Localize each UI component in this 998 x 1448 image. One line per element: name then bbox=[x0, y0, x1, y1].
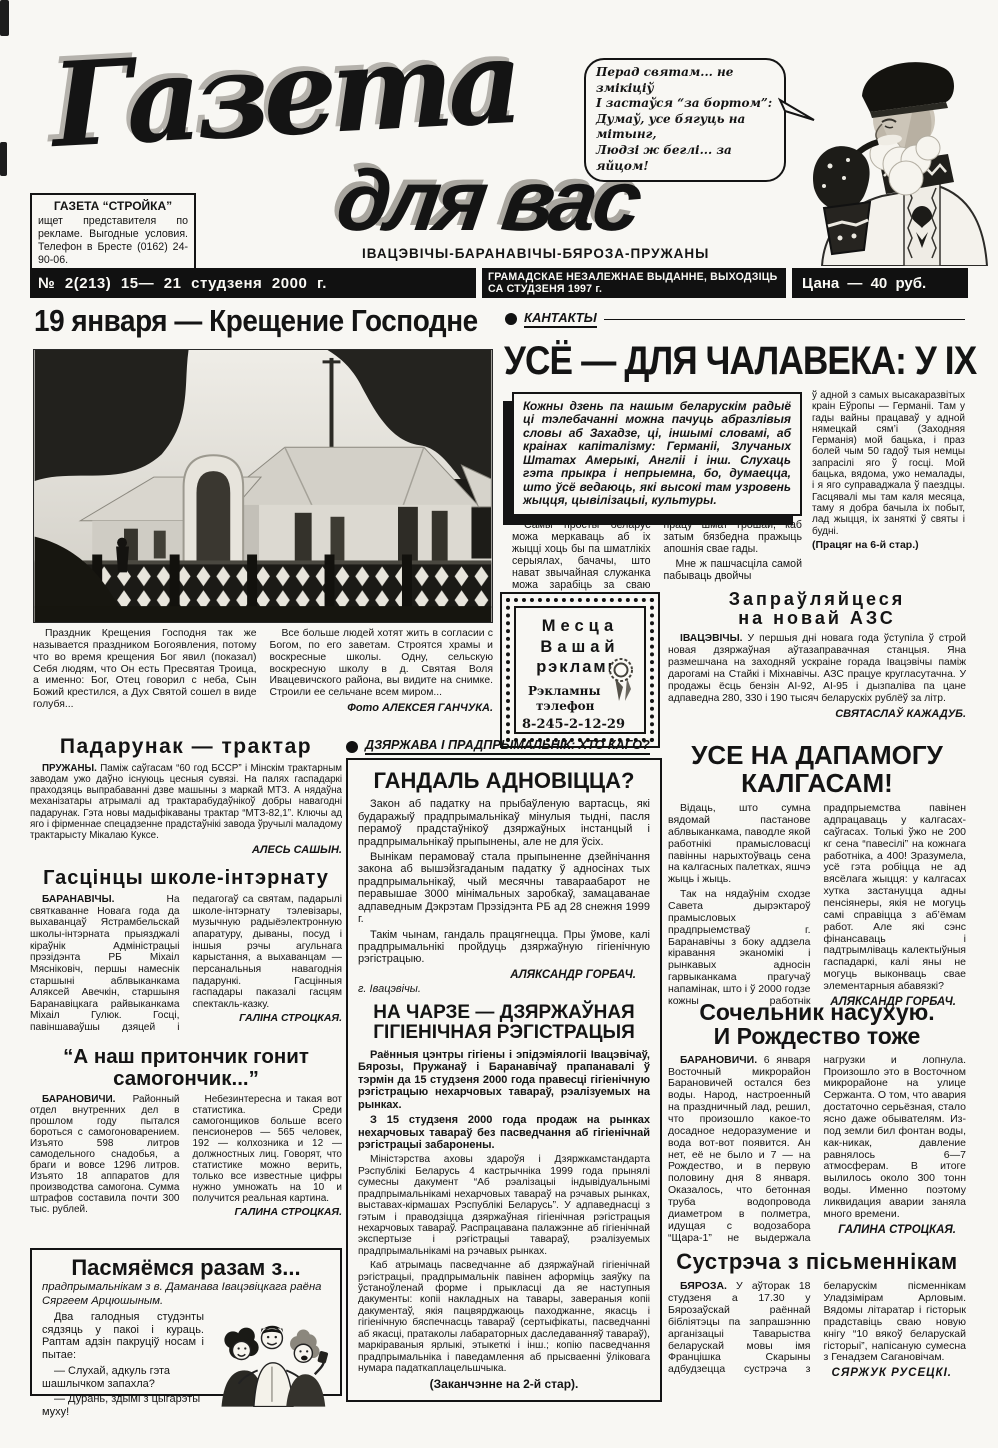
scan-artifact bbox=[0, 0, 9, 36]
hostel-body: БАРАНАВІЧЫ. На святкаванне Новага года д… bbox=[30, 894, 342, 1034]
article-kolkhoz: УСЕ НА ДАПАМОГУ КАЛГАСАМ! Відаць, што су… bbox=[668, 742, 966, 1009]
byline: СЯРЖУК РУСЕЦКІ. bbox=[824, 1367, 967, 1380]
advert-inner-box: Месца Вашай рэкламы Рэкламны тэлефон 8-2… bbox=[514, 606, 646, 734]
article-paragraph: Мне ж пашчасціла самой пабываць двойчы bbox=[664, 558, 803, 582]
article-tractor: Падарунак — трактар ПРУЖАНЫ. Паміж саўга… bbox=[30, 736, 342, 856]
photo-sunday-school bbox=[33, 349, 493, 623]
advert-line: Вашай bbox=[520, 637, 640, 658]
article-paragraph: ПРУЖАНЫ. Паміж саўгасам “60 год БССР” і … bbox=[30, 763, 342, 840]
advert-lace-frame: Месца Вашай рэкламы Рэкламны тэлефон 8-2… bbox=[506, 598, 654, 742]
stroyka-ad-body: ищет представителя по рекламе. Выгодные … bbox=[38, 215, 188, 267]
byline: АЛЯКСАНДР ГОРБАЧ. bbox=[358, 969, 650, 981]
kolkhoz-title-line1: УСЕ НА ДАПАМОГУ bbox=[668, 742, 966, 770]
kontakty-lead-text: Кожны дзень па нашым беларускім радыё ці… bbox=[523, 399, 791, 507]
scan-artifact bbox=[0, 142, 7, 176]
kicker-rule bbox=[604, 319, 965, 320]
advert-line: Месца bbox=[520, 616, 640, 637]
byline: ГАЛИНА СТРОЦКАЯ. bbox=[824, 1224, 967, 1237]
joke-paragraph: Два галодныя студэнты сядзяць у пакоі і … bbox=[42, 1311, 204, 1362]
article-water: Сочельник насухую. И Рождество тоже БАРА… bbox=[668, 1000, 966, 1245]
article-paragraph: ІВАЦЭВІЧЫ. У першыя дні новага года ўсту… bbox=[668, 633, 966, 705]
article-text: У аўторак 18 студзеня а 17.30 у Бярозаўс… bbox=[668, 1280, 966, 1375]
kolkhoz-body: Відаць, што сумна вядомай пастанове аблв… bbox=[668, 803, 966, 1009]
article-paragraph: Каб атрымаць пасведчанне аб дзяржаўнай г… bbox=[358, 1260, 650, 1374]
gandal-title: ГАНДАЛЬ АДНОВІЦЦА? bbox=[358, 769, 650, 792]
joke-box: Пасмяёмся разам з... прадпрымальнікам з … bbox=[30, 1248, 342, 1396]
advert-placeholder-box: Месца Вашай рэкламы Рэкламны тэлефон 8-2… bbox=[500, 592, 660, 748]
ribbon-award-icon bbox=[606, 656, 636, 702]
dateline: БАРАНОВИЧИ. bbox=[42, 1094, 115, 1105]
kicker-dziarzhava: ДЗЯРЖАВА І ПРАДПРЫМАЛЬНІК: ХТО КАГО? bbox=[346, 738, 662, 755]
joke-paragraph: — Слухай, адкуль гэта шашлычком запахла? bbox=[42, 1365, 204, 1391]
dateline: БАРАНОВИЧИ. bbox=[680, 1054, 757, 1066]
joke-intro: прадпрымальнікам з в. Даманава Івацэвіцк… bbox=[42, 1281, 330, 1308]
water-title-line1: Сочельник насухую. bbox=[668, 1000, 966, 1024]
issue-number: № 2(213) 15— 21 студзеня 2000 г. bbox=[30, 268, 476, 298]
byline: СВЯТАСЛАЎ КАЖАДУБ. bbox=[668, 708, 966, 720]
continued-note: (Працяг на 6-й стар.) bbox=[812, 540, 965, 552]
dateline: БАРАНАВІЧЫ. bbox=[42, 894, 114, 905]
water-title-line2: И Рождество тоже bbox=[668, 1024, 966, 1048]
article-paragraph: БАРАНОВИЧИ. 6 января Восточный микрорайо… bbox=[668, 1055, 966, 1245]
regions-line: ІВАЦЭВІЧЫ-БАРАНАВІЧЫ-БЯРОЗА-ПРУЖАНЫ bbox=[362, 246, 709, 261]
byline: ГАЛІНА СТРОЦКАЯ. bbox=[193, 1013, 343, 1025]
article-paragraph: Раённыя цэнтры гігіены і эпідэміялогіі І… bbox=[358, 1049, 650, 1111]
kontakty-lead-box: Кожны дзень па нашым беларускім радыё ці… bbox=[512, 392, 802, 516]
price: Цана — 40 руб. bbox=[792, 268, 968, 298]
photo-caption: Праздник Крещения Господня так же называ… bbox=[33, 628, 493, 716]
article-paragraph: Відаць, што сумна вядомай пастанове аблв… bbox=[668, 803, 811, 886]
article-paragraph: БЯРОЗА. У аўторак 18 студзеня а 17.30 у … bbox=[668, 1281, 966, 1380]
headline-kontakty: УСЁ — ДЛЯ ЧАЛАВЕКА: У ІХ bbox=[504, 339, 976, 384]
byline: АЛЕСЬ САШЫН. bbox=[30, 844, 342, 856]
article-paragraph: ў адной з самых высакаразвітых краін Еўр… bbox=[812, 390, 965, 537]
advert-phone: 8-245-2-12-29 bbox=[520, 717, 640, 732]
kicker-bullet-icon bbox=[346, 741, 358, 753]
stroyka-ad-box: ГАЗЕТА “СТРОЙКА” ищет представителя по р… bbox=[30, 193, 196, 273]
article-paragraph: Міністэрства аховы здароўя і Дзяржкамста… bbox=[358, 1154, 650, 1257]
hygiene-title-line1: НА ЧАРЗЕ — ДЗЯРЖАЎНАЯ bbox=[358, 1003, 650, 1023]
middle-articles-box: ГАНДАЛЬ АДНОВІЦЦА? Закон аб падатку на п… bbox=[346, 758, 662, 1402]
writer-title: Сустрэча з пісьменнікам bbox=[668, 1250, 966, 1273]
article-paragraph: Такім чынам, гандаль працягнецца. Пры ўм… bbox=[358, 929, 650, 966]
article-paragraph: З 15 студзеня 2000 года продаж на рынках… bbox=[358, 1114, 650, 1151]
article-paragraph: Небезинтересна и такая вот статистика. С… bbox=[193, 1094, 343, 1204]
writer-body: БЯРОЗА. У аўторак 18 студзеня а 17.30 у … bbox=[668, 1281, 966, 1380]
water-body: БАРАНОВИЧИ. 6 января Восточный микрорайо… bbox=[668, 1055, 966, 1245]
dateline: БЯРОЗА. bbox=[680, 1280, 727, 1292]
photo-credit: Фото АЛЕКСЕЯ ГАНЧУКА. bbox=[270, 702, 494, 715]
dateline: ПРУЖАНЫ. bbox=[42, 763, 97, 774]
kicker-bullet-icon bbox=[505, 313, 517, 325]
edition-line: ГРАМАДСКАЕ НЕЗАЛЕЖНАЕ ВЫДАННЕ, ВЫХОДЗІЦЬ… bbox=[482, 268, 786, 298]
joke-title: Пасмяёмся разам з... bbox=[42, 1256, 330, 1279]
article-paragraph: Закон аб падатку на прыбаўленую вартасць… bbox=[358, 798, 650, 848]
bubble-line: Людзі ж беглі... за яйцом! bbox=[596, 143, 774, 174]
article-text: Районный отдел внутренних дел в прошлом … bbox=[30, 1094, 180, 1215]
tractor-title: Падарунак — трактар bbox=[30, 736, 342, 758]
samogon-title: “А наш притончик гонит самогончик...” bbox=[30, 1046, 342, 1089]
dateline-place: г. Івацэвічы. bbox=[358, 983, 650, 995]
stroyka-ad-title: ГАЗЕТА “СТРОЙКА” bbox=[38, 199, 188, 213]
kicker-kontakty: КАНТАКТЫ bbox=[505, 310, 965, 328]
article-azs: Запраўляйцеся на новай АЗС ІВАЦЭВІЧЫ. У … bbox=[668, 590, 966, 720]
samogon-body: БАРАНОВИЧИ. Районный отдел внутренних де… bbox=[30, 1094, 342, 1219]
speech-bubble: Перад святам... не змікіціў І застаўся “… bbox=[584, 58, 786, 182]
kontakty-side-column: ў адной з самых высакаразвітых краін Еўр… bbox=[812, 390, 965, 555]
dateline: ІВАЦЭВІЧЫ. bbox=[680, 633, 743, 644]
continued-note: (Заканчэнне на 2-й стар). bbox=[358, 1377, 650, 1391]
bubble-line: І застаўся “за бортом”: bbox=[596, 96, 774, 112]
cartoon-three-friends bbox=[212, 1311, 330, 1407]
azs-title-line2: на новай АЗС bbox=[668, 609, 966, 628]
hostel-title: Гасцінцы школе-інтэрнату bbox=[30, 868, 342, 889]
joke-row: Два галодныя студэнты сядзяць у пакоі і … bbox=[42, 1311, 330, 1422]
caption-paragraph: Все больше людей хотят жить в согласии с… bbox=[270, 628, 494, 699]
article-writer: Сустрэча з пісьменнікам БЯРОЗА. У аўтора… bbox=[668, 1250, 966, 1380]
newspaper-logo-word1: Газета bbox=[49, 24, 519, 164]
byline: ГАЛИНА СТРОЦКАЯ. bbox=[193, 1207, 343, 1219]
kicker-label: КАНТАКТЫ bbox=[524, 310, 597, 328]
bubble-line: Перад святам... не змікіціў bbox=[596, 65, 774, 96]
article-paragraph: Вынікам перамоваў стала прыпыненне дзейн… bbox=[358, 851, 650, 926]
joke-text: Два галодныя студэнты сядзяць у пакоі і … bbox=[42, 1311, 204, 1422]
joke-paragraph: — Дурань, здымі з цыгарэты муху! bbox=[42, 1393, 204, 1419]
article-paragraph: БАРАНОВИЧИ. Районный отдел внутренних де… bbox=[30, 1094, 180, 1215]
newspaper-front-page: ГАЗЕТА “СТРОЙКА” ищет представителя по р… bbox=[0, 0, 998, 1448]
headline-kreschenie: 19 января — Крещение Господне bbox=[34, 303, 478, 339]
kolkhoz-title-line2: КАЛГАСАМ! bbox=[668, 770, 966, 798]
article-text: Паміж саўгасам “60 год БССР” і Мінскім т… bbox=[30, 763, 342, 840]
article-hostel: Гасцінцы школе-інтэрнату БАРАНАВІЧЫ. На … bbox=[30, 868, 342, 1034]
hygiene-title-line2: ГІГІЕНІЧНАЯ РЭГІСТРАЦЫЯ bbox=[358, 1023, 650, 1043]
caption-paragraph: Праздник Крещения Господня так же называ… bbox=[33, 628, 257, 711]
kicker-label: ДЗЯРЖАВА І ПРАДПРЫМАЛЬНІК: ХТО КАГО? bbox=[365, 738, 650, 755]
kontakty-body: Самы просты беларус можа меркаваць аб іх… bbox=[512, 519, 802, 591]
old-man-illustration bbox=[786, 36, 992, 266]
article-samogon: “А наш притончик гонит самогончик...” БА… bbox=[30, 1046, 342, 1219]
article-text: 6 января Восточный микрорайон Барановиче… bbox=[668, 1054, 966, 1244]
bubble-line: Думаў, усе бягуць на мітынг, bbox=[596, 112, 774, 143]
azs-title-line1: Запраўляйцеся bbox=[668, 590, 966, 609]
